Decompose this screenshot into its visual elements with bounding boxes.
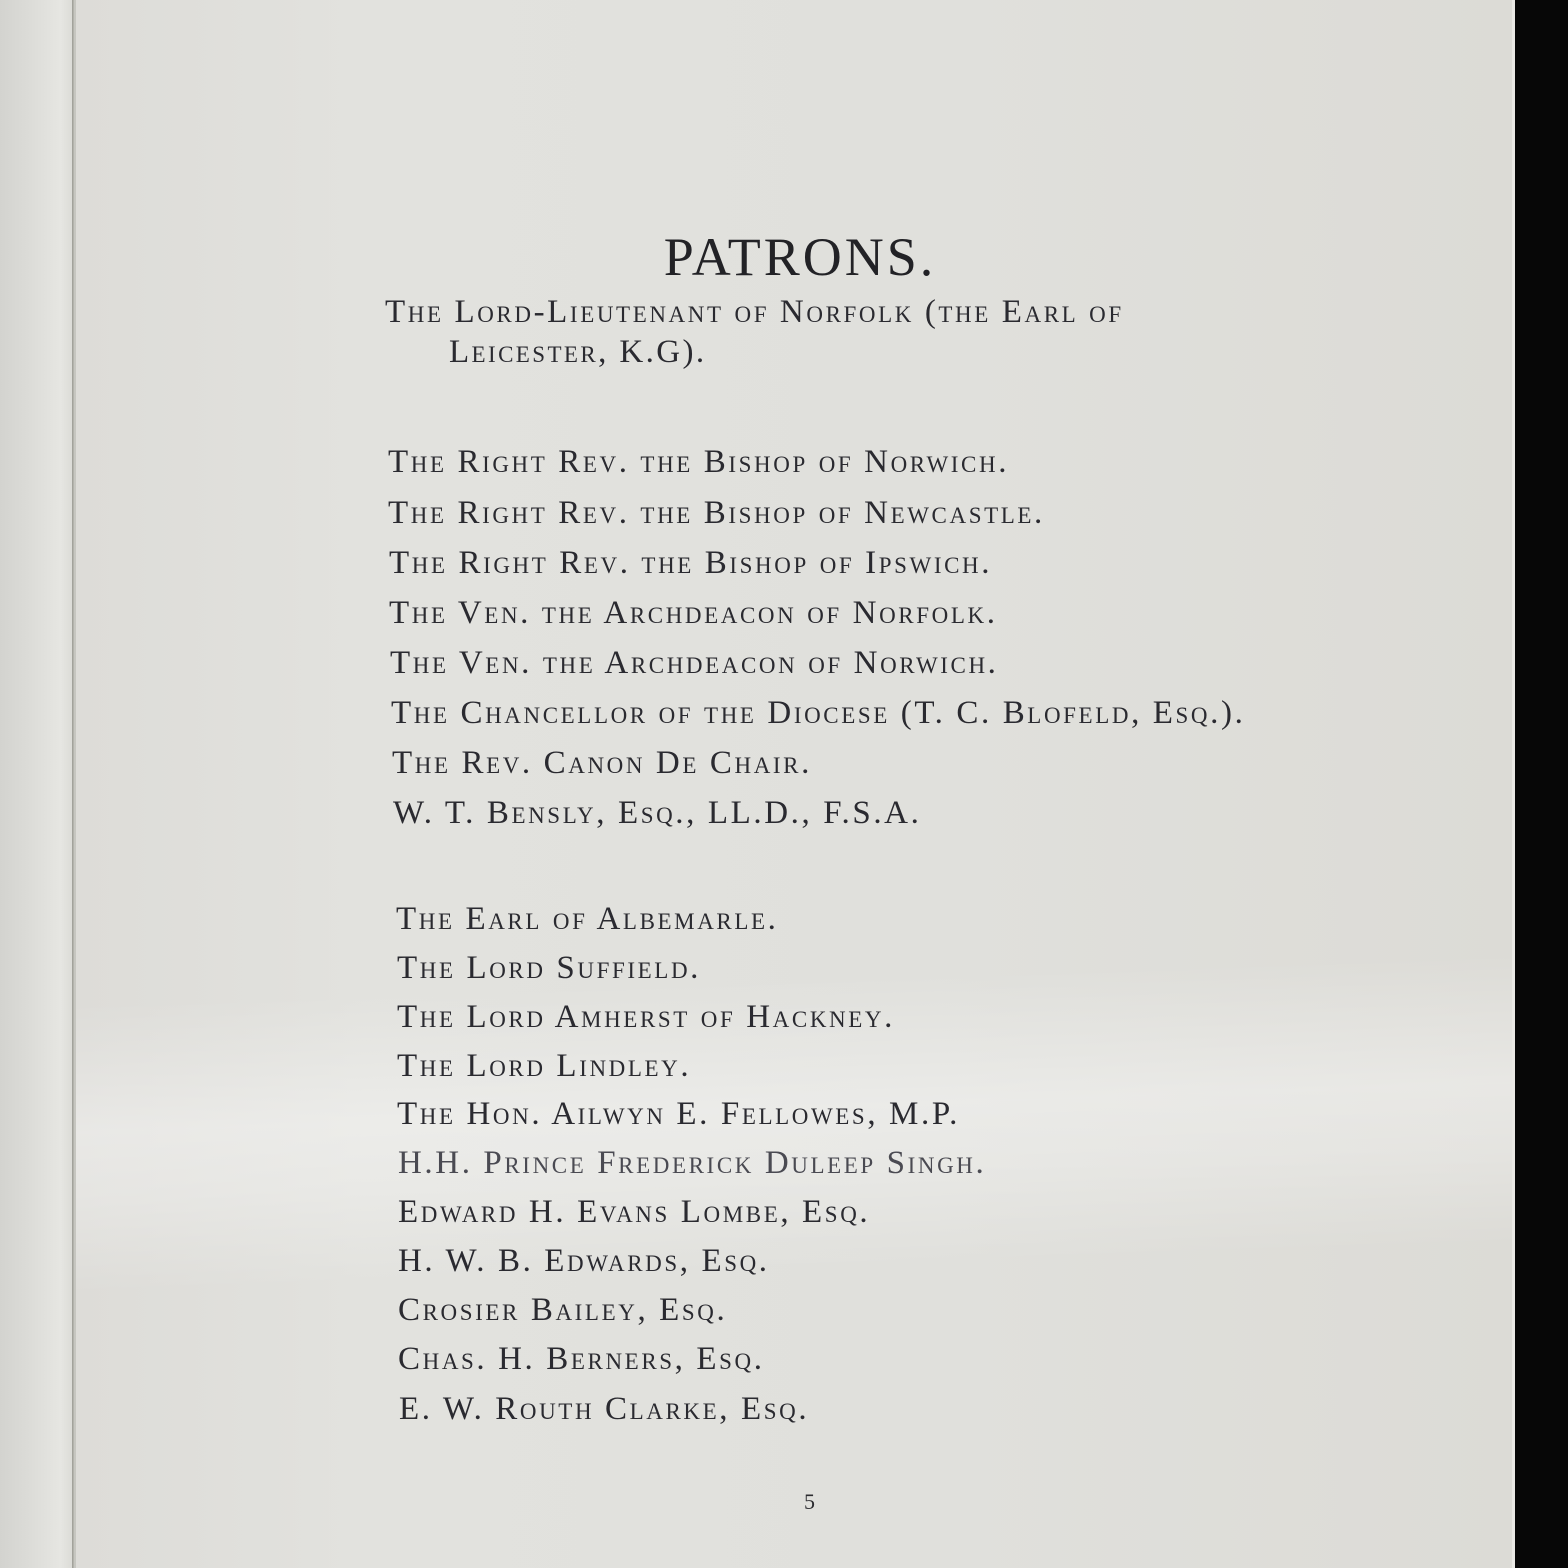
patron-entry: The Right Rev. the Bishop of Norwich. bbox=[388, 446, 1009, 479]
patron-entry: The Earl of Albemarle. bbox=[396, 903, 779, 936]
patron-entry: E. W. Routh Clarke, Esq. bbox=[399, 1393, 809, 1426]
patron-entry: The Ven. the Archdeacon of Norwich. bbox=[390, 647, 999, 680]
patron-entry: The Hon. Ailwyn E. Fellowes, M.P. bbox=[397, 1098, 960, 1131]
patron-entry: The Rev. Canon De Chair. bbox=[392, 747, 812, 780]
patron-entry: The Right Rev. the Bishop of Ipswich. bbox=[389, 547, 992, 580]
patron-entry: The Right Rev. the Bishop of Newcastle. bbox=[388, 497, 1045, 530]
patron-entry: The Lord Amherst of Hackney. bbox=[397, 1001, 895, 1034]
page-number: 5 bbox=[804, 1489, 815, 1515]
patron-entry: The Lord Suffield. bbox=[397, 952, 701, 985]
patron-entry: Edward H. Evans Lombe, Esq. bbox=[398, 1196, 870, 1229]
patron-entry: W. T. Bensly, Esq., LL.D., F.S.A. bbox=[393, 797, 921, 830]
patron-entry-continuation: Leicester, K.G). bbox=[449, 336, 707, 369]
patron-entry: The Lord Lindley. bbox=[397, 1050, 691, 1083]
patron-entry: H. W. B. Edwards, Esq. bbox=[398, 1245, 770, 1278]
patron-entry: The Lord-Lieutenant of Norfolk (the Earl… bbox=[385, 296, 1124, 329]
patron-entry: Chas. H. Berners, Esq. bbox=[398, 1343, 765, 1376]
patron-entry: H.H. Prince Frederick Duleep Singh. bbox=[398, 1147, 986, 1180]
page-title: PATRONS. bbox=[0, 226, 1568, 288]
patron-entry: The Ven. the Archdeacon of Norfolk. bbox=[389, 597, 998, 630]
patron-entry: The Chancellor of the Diocese (T. C. Blo… bbox=[391, 697, 1245, 730]
patron-entry: Crosier Bailey, Esq. bbox=[398, 1294, 727, 1327]
